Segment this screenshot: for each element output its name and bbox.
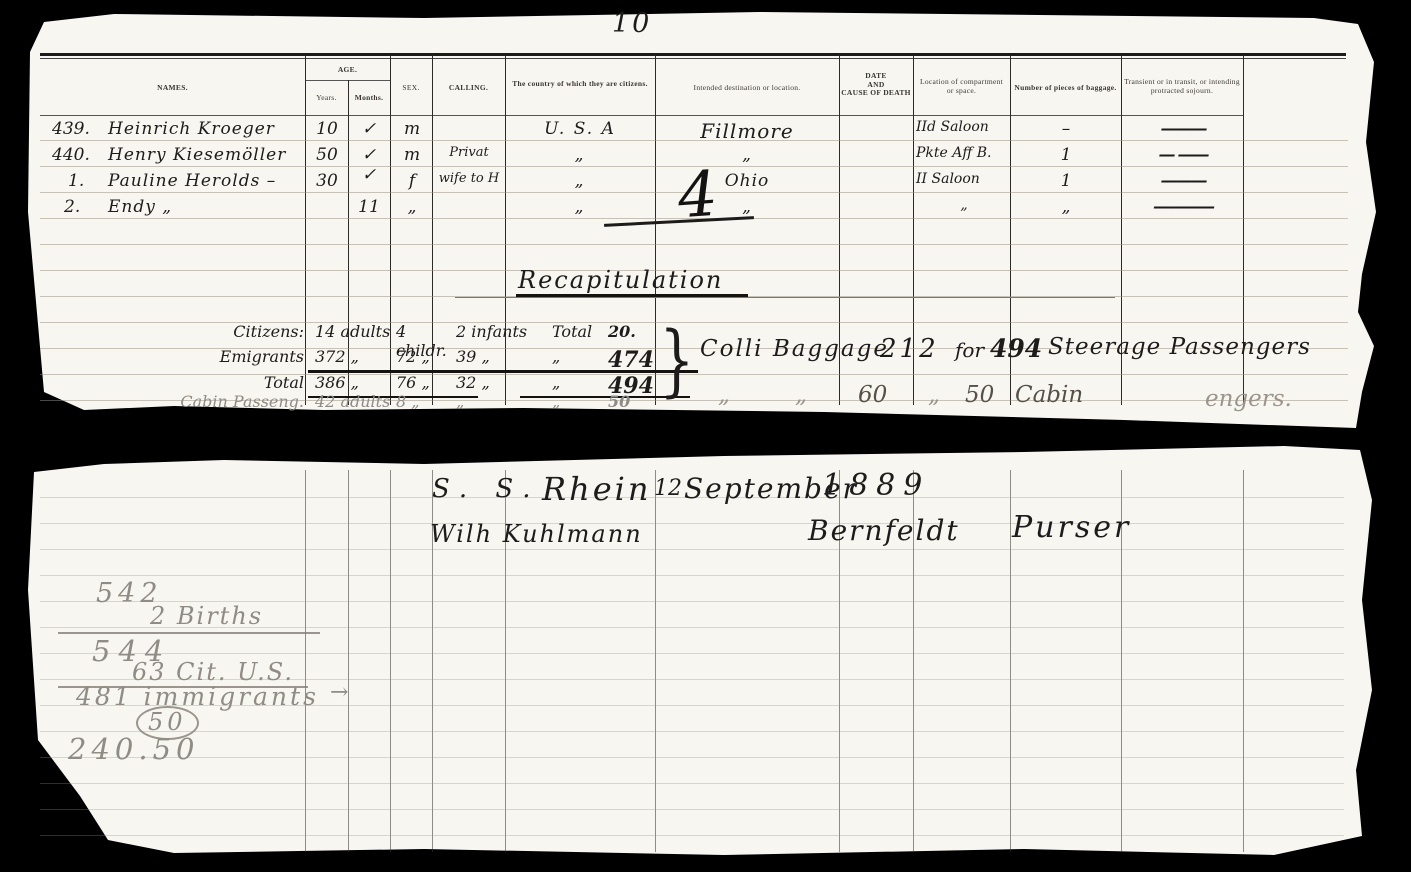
cell-sex-ditto: „ xyxy=(391,197,433,217)
recap-adults: 386 „ xyxy=(315,373,395,392)
header-age: AGE. xyxy=(305,66,390,75)
master-signature: Wilh Kuhlmann xyxy=(430,520,643,548)
cell-sex: m xyxy=(391,145,433,165)
recap-total-label: „ xyxy=(552,373,606,392)
cell-calling: wife to H xyxy=(434,171,504,186)
pencil-amount: 240.50 xyxy=(68,732,199,766)
recap-brace: } xyxy=(659,316,694,406)
cell-age-years: 30 xyxy=(307,171,347,191)
recap-title: Recapitulation xyxy=(518,266,723,294)
steerage-count: 494 xyxy=(990,334,1042,363)
cabin-label-faded-tail: engers. xyxy=(1205,386,1292,412)
cell-destination: Fillmore xyxy=(656,119,838,143)
cell-country-ditto: „ xyxy=(506,145,654,165)
cell-compartment: II Saloon xyxy=(916,171,1012,187)
cell-name: Henry Kiesemöller xyxy=(108,145,304,165)
header-death: DATE AND CAUSE OF DEATH xyxy=(839,72,913,98)
recap-children: 8 „ xyxy=(396,392,454,411)
cell-sex: f xyxy=(391,171,433,191)
recap-adults: 42 adults xyxy=(315,392,395,411)
recap-row-cabin: Cabin Passeng. 42 adults 8 „ „ „ 50 xyxy=(0,392,1411,416)
pencil-immigrants: 481 immigrants xyxy=(76,682,319,711)
cell-transit-mark: ———— xyxy=(1122,197,1244,217)
header-country: The country of which they are citizens. xyxy=(509,80,651,89)
header-compartment: Location of compartment or space. xyxy=(916,78,1007,95)
header-names: NAMES. xyxy=(40,84,305,93)
cell-baggage: 1 xyxy=(1012,171,1120,191)
pencil-arrow-icon: → xyxy=(330,680,348,705)
recap-infants: 39 „ xyxy=(456,347,552,366)
cell-name: Endy „ xyxy=(108,197,304,217)
vessel-prefix: S. S. xyxy=(432,474,541,504)
recap-label: Emigrants xyxy=(178,347,304,366)
recap-label: Cabin Passeng. xyxy=(178,392,304,411)
cell-name: Heinrich Kroeger xyxy=(108,119,304,139)
checkmark: ✓ xyxy=(349,145,389,165)
recap-total-label: „ xyxy=(552,347,606,366)
header-death-line3: CAUSE OF DEATH xyxy=(839,89,913,98)
recap-infants: 32 „ xyxy=(456,373,552,392)
recap-adults: 372 „ xyxy=(315,347,395,366)
sailing-day: 12 xyxy=(654,476,682,501)
header-age-months: Months. xyxy=(348,94,390,103)
cabin-count: 50 xyxy=(965,382,994,408)
baggage-colli-label: Colli Baggage xyxy=(700,336,889,362)
purser-title: Purser xyxy=(1012,510,1131,545)
baggage-count: 212 xyxy=(880,334,939,364)
ditto-mark: „ xyxy=(928,382,940,408)
cell-country-ditto: „ xyxy=(506,197,654,217)
header-calling: CALLING. xyxy=(432,84,505,93)
vessel-name: Rhein xyxy=(542,470,651,508)
steerage-label: Steerage Passengers xyxy=(1048,334,1311,360)
cell-transit-mark: ——— xyxy=(1122,119,1244,139)
cell-age-years: 10 xyxy=(307,119,347,139)
header-transient: Transient or in transit, or intending pr… xyxy=(1124,78,1240,95)
cell-transit-mark: — —— xyxy=(1122,145,1244,165)
cell-baggage: – xyxy=(1012,119,1120,139)
recap-total-label: Total xyxy=(552,322,606,341)
header-age-years: Years. xyxy=(305,94,348,103)
checkmark: ✓ xyxy=(349,165,389,185)
header-baggage: Number of pieces of baggage. xyxy=(1013,84,1118,93)
ditto-mark: „ xyxy=(795,382,807,408)
cell-row-number: 439. xyxy=(52,119,104,139)
cell-compartment: Pkte Aff B. xyxy=(916,145,1012,161)
cell-row-number: 440. xyxy=(52,145,104,165)
recap-children: 72 „ xyxy=(396,347,454,366)
cell-country: U. S. A xyxy=(506,119,654,139)
checkmark: ✓ xyxy=(349,119,389,139)
cell-age-months: 11 xyxy=(349,197,389,217)
cell-compartment-ditto: „ xyxy=(916,197,1012,213)
scanned-manifest-page: 10 NAMES. AGE. Years. xyxy=(0,0,1411,872)
cell-compartment: IId Saloon xyxy=(916,119,1012,135)
cell-transit-mark: ——— xyxy=(1122,171,1244,191)
sailing-year: 1889 xyxy=(822,468,930,503)
recap-total-label: „ xyxy=(552,392,606,411)
recap-infants: „ xyxy=(456,392,552,411)
cell-baggage: 1 xyxy=(1012,145,1120,165)
cabin-baggage-count: 60 xyxy=(858,382,887,408)
recap-adults: 14 adults xyxy=(315,322,395,341)
recap-label: Total xyxy=(178,373,304,392)
baggage-for-label: for xyxy=(955,338,984,362)
recap-label: Citizens: xyxy=(178,322,304,341)
recap-infants: 2 infants xyxy=(456,322,552,341)
ditto-mark: „ xyxy=(718,382,730,408)
cell-sex: m xyxy=(391,119,433,139)
header-sex: SEX. xyxy=(390,84,432,93)
cell-country-ditto: „ xyxy=(506,171,654,191)
manifest-row-439: 439. Heinrich Kroeger 10 ✓ m U. S. A Fil… xyxy=(0,119,1411,145)
recap-children: 76 „ xyxy=(396,373,454,392)
cell-name: Pauline Herolds – xyxy=(108,171,304,191)
recap-title-rule xyxy=(455,297,1115,298)
cell-baggage-ditto: „ xyxy=(1012,197,1120,217)
page-number: 10 xyxy=(612,8,652,39)
header-destination: Intended destination or location. xyxy=(659,84,835,93)
cell-calling: Privat xyxy=(434,145,504,160)
cell-age-years: 50 xyxy=(307,145,347,165)
cabin-label: Cabin xyxy=(1015,382,1083,408)
purser-signature: Bernfeldt xyxy=(808,514,960,547)
pencil-births: 2 Births xyxy=(150,602,263,630)
